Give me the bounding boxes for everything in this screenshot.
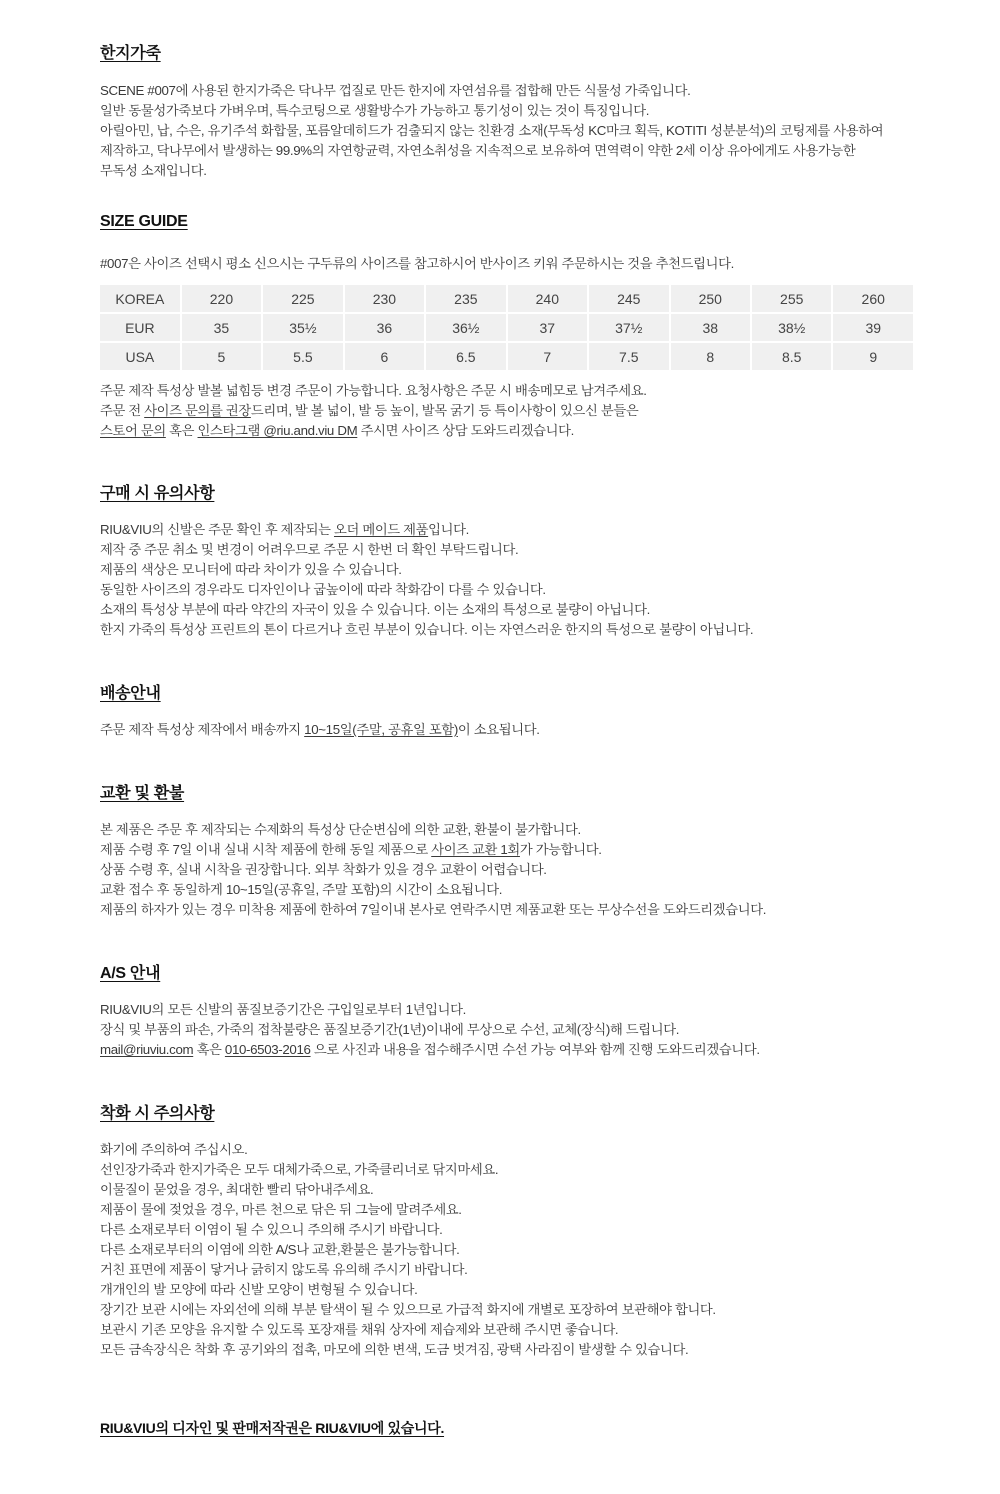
hanji-line: SCENE #007에 사용된 한지가죽은 닥나무 껍질로 만든 한지에 자연섬…	[100, 81, 883, 101]
as-line: 장식 및 부품의 파손, 가죽의 접착불량은 품질보증기간(1년)이내에 무상으…	[100, 1020, 760, 1040]
shipping-period-highlight: 10~15일(주말, 공휴일 포함)	[304, 722, 458, 737]
size-note-text: 드리며, 발 볼 넓이, 발 등 높이, 발목 굵기 등 특이사항이 있으신 분…	[251, 403, 639, 418]
store-inquiry-link[interactable]: 스토어 문의	[100, 423, 166, 438]
size-cell: 7	[508, 343, 587, 370]
size-note-text: 혹은	[166, 423, 198, 438]
size-cell: 7.5	[589, 343, 668, 370]
size-cell: 6.5	[426, 343, 505, 370]
size-note-text: 주시면 사이즈 상담 도와드리겠습니다.	[357, 423, 574, 438]
hanji-line: 제작하고, 닥나무에서 발생하는 99.9%의 자연항균력, 자연소취성을 지속…	[100, 141, 883, 161]
exchange-line: 교환 접수 후 동일하게 10~15일(공휴일, 주말 포함)의 시간이 소요됩…	[100, 880, 766, 900]
wearing-line: 개개인의 발 모양에 따라 신발 모양이 변형될 수 있습니다.	[100, 1280, 716, 1300]
size-row-eur: EUR 35 35½ 36 36½ 37 37½ 38 38½ 39	[100, 314, 913, 341]
size-cell: 5.5	[263, 343, 342, 370]
email-link[interactable]: mail@riuviu.com	[100, 1042, 193, 1057]
size-cell: 35½	[263, 314, 342, 341]
size-guide-intro: #007은 사이즈 선택시 평소 신으시는 구두류의 사이즈를 참고하시어 반사…	[100, 254, 734, 274]
exchange-line: 제품의 하자가 있는 경우 미착용 제품에 한하여 7일이내 본사로 연락주시면…	[100, 900, 766, 920]
section-title-wearing: 착화 시 주의사항	[100, 1100, 214, 1123]
purchase-line: 제작 중 주문 취소 및 변경이 어려우므로 주문 시 한번 더 확인 부탁드립…	[100, 540, 753, 560]
exchange-line: 상품 수령 후, 실내 시착을 권장합니다. 외부 착화가 있을 경우 교환이 …	[100, 860, 766, 880]
size-cell: 260	[833, 285, 913, 312]
hanji-line: 아릴아민, 납, 수은, 유기주석 화합물, 포름알데히드가 검출되지 않는 친…	[100, 121, 883, 141]
shipping-line: 주문 제작 특성상 제작에서 배송까지 10~15일(주말, 공휴일 포함)이 …	[100, 720, 540, 740]
instagram-dm-link[interactable]: 인스타그램 @riu.and.viu DM	[198, 423, 358, 438]
wearing-line: 다른 소재로부터 이염이 될 수 있으니 주의해 주시기 바랍니다.	[100, 1220, 716, 1240]
size-guide-notes: 주문 제작 특성상 발볼 넓힘등 변경 주문이 가능합니다. 요청사항은 주문 …	[100, 381, 647, 441]
wearing-line: 모든 금속장식은 착화 후 공기와의 접촉, 마모에 의한 변색, 도금 벗겨짐…	[100, 1340, 716, 1360]
size-row-label: USA	[100, 343, 180, 370]
wearing-line: 장기간 보관 시에는 자외선에 의해 부분 탈색이 될 수 있으므로 가급적 화…	[100, 1300, 716, 1320]
size-cell: 220	[182, 285, 261, 312]
size-cell: 8.5	[752, 343, 831, 370]
as-line: RIU&VIU의 모든 신발의 품질보증기간은 구입일로부터 1년입니다.	[100, 1000, 760, 1020]
shipping-notes: 주문 제작 특성상 제작에서 배송까지 10~15일(주말, 공휴일 포함)이 …	[100, 720, 540, 740]
size-cell: 255	[752, 285, 831, 312]
section-title-as: A/S 안내	[100, 960, 160, 983]
size-table: KOREA 220 225 230 235 240 245 250 255 26…	[98, 283, 915, 372]
size-cell: 240	[508, 285, 587, 312]
size-cell: 38½	[752, 314, 831, 341]
size-row-label: KOREA	[100, 285, 180, 312]
size-cell: 37	[508, 314, 587, 341]
purchase-line: RIU&VIU의 신발은 주문 확인 후 제작되는 오더 메이드 제품입니다.	[100, 520, 753, 540]
exchange-text: 제품 수령 후 7일 이내 실내 시착 제품에 한해 동일 제품으로	[100, 842, 431, 857]
purchase-line: 한지 가죽의 특성상 프린트의 톤이 다르거나 흐린 부분이 있습니다. 이는 …	[100, 620, 753, 640]
exchange-text: 가 가능합니다.	[520, 842, 602, 857]
phone-link[interactable]: 010-6503-2016	[225, 1042, 311, 1057]
size-cell: 36	[345, 314, 424, 341]
wearing-line: 화기에 주의하여 주십시오.	[100, 1140, 716, 1160]
size-cell: 39	[833, 314, 913, 341]
size-note-text: 주문 전	[100, 403, 144, 418]
hanji-line: 일반 동물성가죽보다 가벼우며, 특수코팅으로 생활방수가 가능하고 통기성이 …	[100, 101, 883, 121]
size-cell: 35	[182, 314, 261, 341]
purchase-notes: RIU&VIU의 신발은 주문 확인 후 제작되는 오더 메이드 제품입니다. …	[100, 520, 753, 640]
size-row-label: EUR	[100, 314, 180, 341]
size-cell: 6	[345, 343, 424, 370]
exchange-notes: 본 제품은 주문 후 제작되는 수제화의 특성상 단순변심에 의한 교환, 환불…	[100, 820, 766, 920]
size-note-line: 주문 제작 특성상 발볼 넓힘등 변경 주문이 가능합니다. 요청사항은 주문 …	[100, 381, 647, 401]
purchase-text: RIU&VIU의 신발은 주문 확인 후 제작되는	[100, 522, 334, 537]
purchase-line: 제품의 색상은 모니터에 따라 차이가 있을 수 있습니다.	[100, 560, 753, 580]
size-note-line: 스토어 문의 혹은 인스타그램 @riu.and.viu DM 주시면 사이즈 …	[100, 421, 647, 441]
as-text: 으로 사진과 내용을 접수해주시면 수선 가능 여부와 함께 진행 도와드리겠습…	[311, 1042, 760, 1057]
copyright-notice: RIU&VIU의 디자인 및 판매저작권은 RIU&VIU에 있습니다.	[100, 1418, 444, 1438]
size-exchange-highlight: 사이즈 교환 1회	[431, 842, 520, 857]
exchange-line: 제품 수령 후 7일 이내 실내 시착 제품에 한해 동일 제품으로 사이즈 교…	[100, 840, 766, 860]
size-cell: 225	[263, 285, 342, 312]
section-title-purchase: 구매 시 유의사항	[100, 480, 214, 503]
wearing-line: 이물질이 묻었을 경우, 최대한 빨리 닦아내주세요.	[100, 1180, 716, 1200]
size-cell: 38	[671, 314, 750, 341]
as-line: mail@riuviu.com 혹은 010-6503-2016 으로 사진과 …	[100, 1040, 760, 1060]
section-title-hanji: 한지가죽	[100, 40, 161, 63]
wearing-notes: 화기에 주의하여 주십시오. 선인장가죽과 한지가죽은 모두 대체가죽으로, 가…	[100, 1140, 716, 1360]
hanji-description: SCENE #007에 사용된 한지가죽은 닥나무 껍질로 만든 한지에 자연섬…	[100, 81, 883, 181]
size-cell: 230	[345, 285, 424, 312]
section-title-shipping: 배송안내	[100, 680, 161, 703]
section-title-exchange: 교환 및 환불	[100, 780, 184, 803]
size-cell: 235	[426, 285, 505, 312]
size-inquiry-link: 사이즈 문의를 권장	[144, 403, 251, 418]
hanji-line: 무독성 소재입니다.	[100, 161, 883, 181]
wearing-line: 선인장가죽과 한지가죽은 모두 대체가죽으로, 가죽클리너로 닦지마세요.	[100, 1160, 716, 1180]
exchange-line: 본 제품은 주문 후 제작되는 수제화의 특성상 단순변심에 의한 교환, 환불…	[100, 820, 766, 840]
size-cell: 250	[671, 285, 750, 312]
shipping-text: 주문 제작 특성상 제작에서 배송까지	[100, 722, 304, 737]
size-cell: 8	[671, 343, 750, 370]
size-cell: 37½	[589, 314, 668, 341]
wearing-line: 보관시 기존 모양을 유지할 수 있도록 포장재를 채워 상자에 제습제와 보관…	[100, 1320, 716, 1340]
wearing-line: 제품이 물에 젖었을 경우, 마른 천으로 닦은 뒤 그늘에 말려주세요.	[100, 1200, 716, 1220]
purchase-line: 소재의 특성상 부분에 따라 약간의 자국이 있을 수 있습니다. 이는 소재의…	[100, 600, 753, 620]
size-cell: 9	[833, 343, 913, 370]
wearing-line: 다른 소재로부터의 이염에 의한 A/S나 교환,환불은 불가능합니다.	[100, 1240, 716, 1260]
size-guide-intro-text: #007은 사이즈 선택시 평소 신으시는 구두류의 사이즈를 참고하시어 반사…	[100, 254, 734, 274]
as-notes: RIU&VIU의 모든 신발의 품질보증기간은 구입일로부터 1년입니다. 장식…	[100, 1000, 760, 1060]
as-text: 혹은	[193, 1042, 225, 1057]
purchase-text: 입니다.	[428, 522, 469, 537]
section-title-size-guide: SIZE GUIDE	[100, 213, 188, 231]
wearing-line: 거친 표면에 제품이 닿거나 긁히지 않도록 유의해 주시기 바랍니다.	[100, 1260, 716, 1280]
order-made-highlight: 오더 메이드 제품	[334, 522, 428, 537]
size-row-korea: KOREA 220 225 230 235 240 245 250 255 26…	[100, 285, 913, 312]
size-cell: 245	[589, 285, 668, 312]
shipping-text: 이 소요됩니다.	[458, 722, 540, 737]
size-cell: 5	[182, 343, 261, 370]
size-row-usa: USA 5 5.5 6 6.5 7 7.5 8 8.5 9	[100, 343, 913, 370]
size-cell: 36½	[426, 314, 505, 341]
size-note-line: 주문 전 사이즈 문의를 권장드리며, 발 볼 넓이, 발 등 높이, 발목 굵…	[100, 401, 647, 421]
purchase-line: 동일한 사이즈의 경우라도 디자인이나 굽높이에 따라 착화감이 다를 수 있습…	[100, 580, 753, 600]
